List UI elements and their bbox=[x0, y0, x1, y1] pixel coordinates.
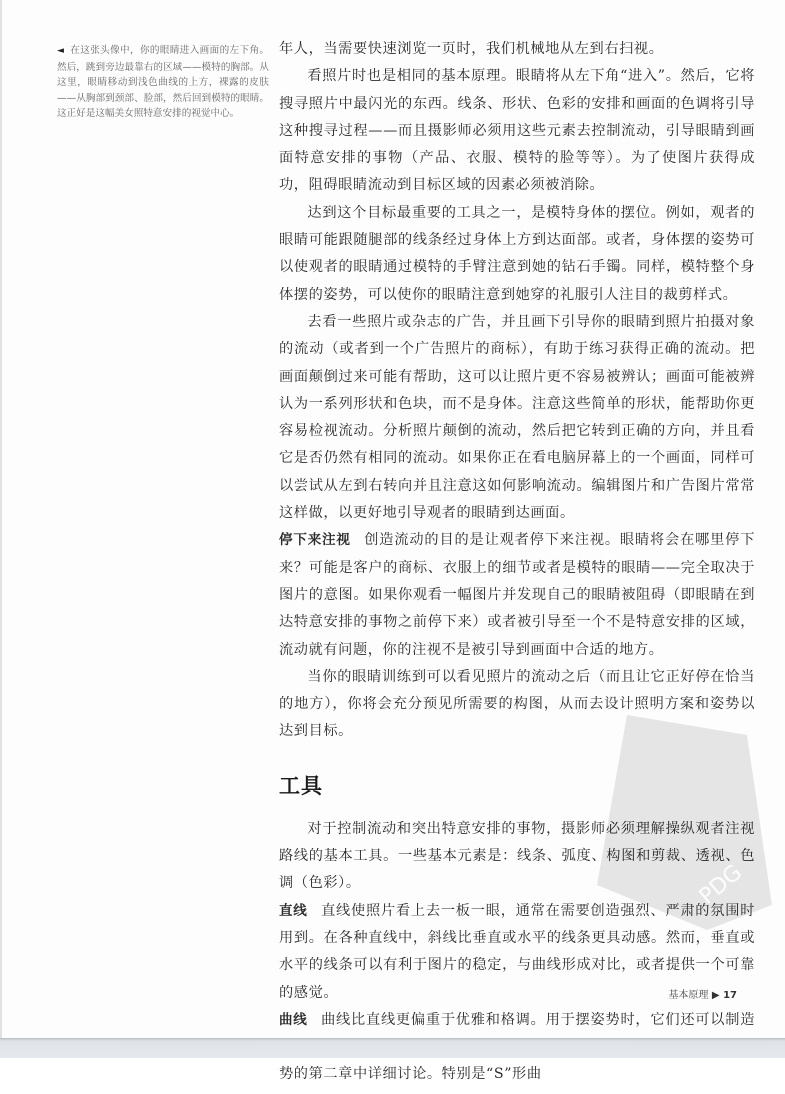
paragraph-text: 创造流动的目的是让观者停下来注视。眼睛将会在哪里停下来？可能是客户的商标、衣服上… bbox=[279, 532, 755, 657]
paragraph: 对于控制流动和突出特意安排的事物，摄影师必须理解操纵观者注视路线的基本工具。一些… bbox=[279, 816, 755, 898]
paragraph: 去看一些照片或杂志的广告，并且画下引导你的眼睛到照片拍摄对象的流动（或者到一个广… bbox=[279, 309, 755, 527]
section-heading: 工具 bbox=[279, 772, 755, 800]
body-text: 年人，当需要快速浏览一页时，我们机械地从左到右扫视。 看照片时也是相同的基本原理… bbox=[279, 36, 755, 1089]
footer-section-label: 基本原理 bbox=[668, 990, 708, 1001]
term-heading: 停下来注视 bbox=[279, 532, 351, 548]
footer-arrow-icon: ▶ bbox=[712, 990, 720, 1001]
photo-caption: ◄在这张头像中，你的眼睛进入画面的左下角。然后，跳到旁边最靠右的区域——模特的胸… bbox=[57, 43, 269, 122]
paragraph: 达到这个目标最重要的工具之一，是模特身体的摆位。例如，观者的眼睛可能跟随腿部的线… bbox=[279, 200, 755, 309]
book-page: ◄在这张头像中，你的眼睛进入画面的左下角。然后，跳到旁边最靠右的区域——模特的胸… bbox=[0, 0, 785, 1038]
page-number: 17 bbox=[723, 990, 737, 1001]
term-heading: 直线 bbox=[279, 903, 308, 919]
caption-text: 在这张头像中，你的眼睛进入画面的左下角。然后，跳到旁边最靠右的区域——模特的胸部… bbox=[57, 45, 269, 119]
paragraph: 当你的眼睛训练到可以看见照片的流动之后（而且让它正好停在恰当的地方），你将会充分… bbox=[279, 664, 755, 746]
paragraph: 看照片时也是相同的基本原理。眼睛将从左下角“进入”。然后，它将搜寻照片中最闪光的… bbox=[279, 63, 755, 199]
page-footer: 基本原理 ▶ 17 bbox=[668, 986, 737, 1001]
term-heading: 曲线 bbox=[279, 1012, 308, 1028]
page-edge-shadow bbox=[0, 1038, 785, 1058]
paragraph-stop-and-look: 停下来注视创造流动的目的是让观者停下来注视。眼睛将会在哪里停下来？可能是客户的商… bbox=[279, 527, 755, 663]
caption-arrow-icon: ◄ bbox=[57, 46, 64, 56]
paragraph: 年人，当需要快速浏览一页时，我们机械地从左到右扫视。 bbox=[279, 36, 755, 63]
